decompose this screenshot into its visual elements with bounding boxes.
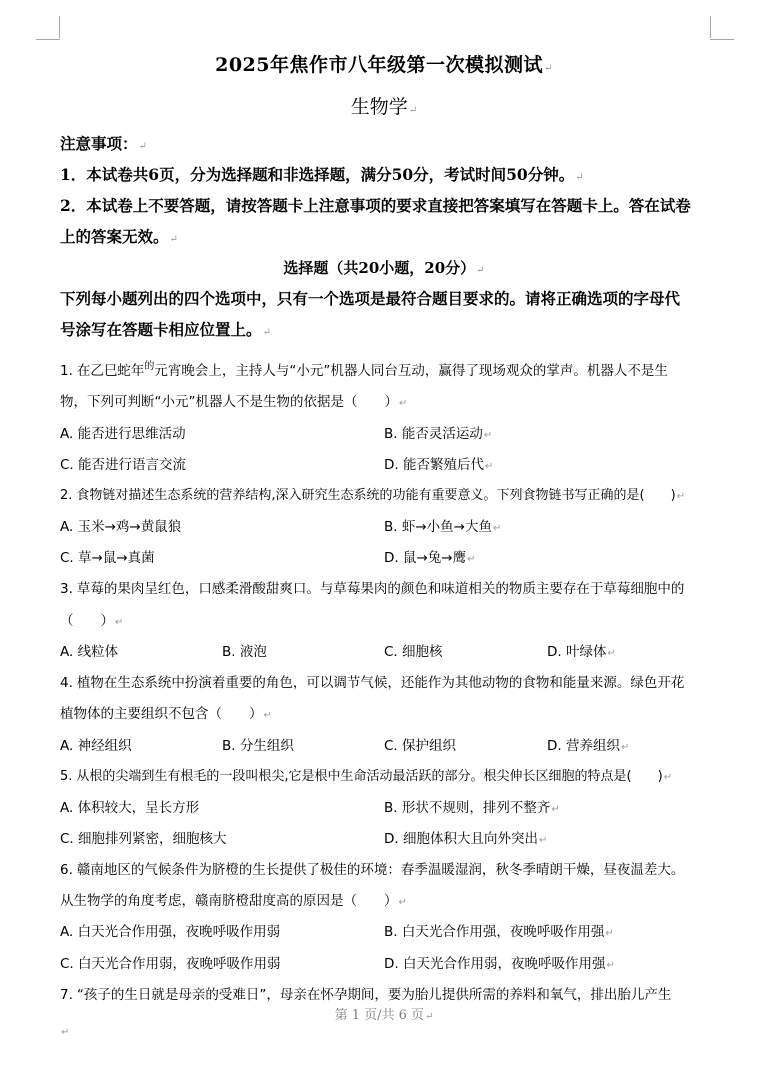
paragraph-mark: ↵	[621, 742, 629, 753]
question-text: 在乙巳蛇年	[77, 363, 145, 379]
paragraph-mark: ↵	[485, 461, 493, 472]
document-title: 2025年焦作市八年级第一次模拟测试↵	[0, 50, 768, 77]
notes-item-text: 2．本试卷上不要答题，请按答题卡上注意事项的要求直接把答案填写在答题卡上。答在试…	[60, 196, 691, 215]
option-text: D. 营养组织	[547, 738, 620, 754]
option-text: C. 能否进行语言交流	[60, 457, 186, 473]
question-3-option-d: D. 叶绿体↵	[547, 640, 616, 660]
question-text: 食物链对描述生态系统的营养结构,深入研究生态系统的功能有重要意义。下列食物链书写…	[76, 488, 675, 503]
question-number: 2.	[60, 488, 72, 503]
section-title-text: 选择题（共20小题，20分）	[283, 259, 475, 277]
question-5-stem: 5.从根的尖端到生有根毛的一段叫根尖,它是根中生命活动最活跃的部分。根尖伸长区细…	[60, 765, 672, 784]
question-2-option-b: B. 虾→小鱼→大鱼↵	[384, 515, 501, 535]
question-2-option-a: A. 玉米→鸡→黄鼠狼	[60, 515, 181, 535]
corner-mark-top-left-horizontal	[36, 39, 60, 40]
paragraph-mark: ↵	[425, 1011, 433, 1022]
question-6-option-a: A. 白天光合作用强，夜晚呼吸作用弱	[60, 920, 280, 940]
option-text: C. 白天光合作用弱，夜晚呼吸作用弱	[60, 956, 281, 972]
question-number: 3.	[60, 581, 73, 597]
paragraph-mark: ↵	[170, 234, 178, 245]
notes-item-2: 2．本试卷上不要答题，请按答题卡上注意事项的要求直接把答案填写在答题卡上。答在试…	[60, 194, 691, 216]
paragraph-mark: ↵	[539, 835, 547, 846]
section-instruction-text: 号涂写在答题卡相应位置上。	[60, 320, 262, 339]
question-5-option-b: B. 形状不规则，排列不整齐↵	[384, 796, 560, 816]
notes-item-2-cont: 上的答案无效。↵	[60, 225, 178, 247]
question-text: 赣南地区的气候条件为脐橙的生长提供了极佳的环境：春季温暖湿润，秋冬季晴朗干燥，昼…	[77, 862, 685, 878]
question-text: 植物在生态系统中扮演着重要的角色，可以调节气候，还能作为其他动物的食物和能量来源…	[77, 675, 685, 691]
section-instruction-text: 下列每小题列出的四个选项中，只有一个选项是最符合题目要求的。请将正确选项的字母代	[60, 289, 680, 308]
question-1-stem: 1.在乙巳蛇年的元宵晚会上，主持人与“小元”机器人同台互动，赢得了现场观众的掌声…	[60, 357, 668, 379]
section-instruction-line1: 下列每小题列出的四个选项中，只有一个选项是最符合题目要求的。请将正确选项的字母代	[60, 287, 680, 309]
paragraph-mark: ↵	[61, 1027, 69, 1038]
question-3-option-c: C. 细胞核	[384, 640, 443, 660]
question-text: 物，下列可判断“小元”机器人不是生物的依据是（ ）	[60, 394, 398, 410]
question-3-stem: 3.草莓的果肉呈红色，口感柔滑酸甜爽口。与草莓果肉的颜色和味道相关的物质主要存在…	[60, 577, 684, 597]
paragraph-mark: ↵	[263, 327, 271, 338]
option-text: C. 保护组织	[384, 738, 456, 754]
question-text: 植物体的主要组织不包含（ ）	[60, 706, 263, 722]
question-3-stem-line2: （ ）↵	[60, 609, 123, 629]
question-6-stem-line2: 从生物学的角度考虑，赣南脐橙甜度高的原因是（ ）↵	[60, 889, 407, 909]
question-2-option-d: D. 鼠→兔→鹰↵	[384, 546, 476, 566]
question-5-option-a: A. 体积较大，呈长方形	[60, 796, 199, 816]
paragraph-mark: ↵	[575, 172, 583, 183]
question-7-stem: 7.“孩子的生日就是母亲的受难日”，母亲在怀孕期间，要为胎儿提供所需的养料和氧气…	[60, 983, 671, 1003]
corner-mark-top-right-horizontal	[710, 39, 734, 40]
option-text: A. 体积较大，呈长方形	[60, 800, 199, 816]
question-3-option-b: B. 液泡	[222, 640, 267, 660]
option-text: D. 能否繁殖后代	[384, 457, 484, 473]
option-text: B. 白天光合作用强，夜晚呼吸作用强	[384, 924, 604, 940]
option-text: B. 分生组织	[222, 738, 294, 754]
page-number-label: 第 1 页/共 6 页	[335, 1008, 424, 1023]
question-2-stem: 2.食物链对描述生态系统的营养结构,深入研究生态系统的功能有重要意义。下列食物链…	[60, 484, 685, 503]
option-text: A. 白天光合作用强，夜晚呼吸作用弱	[60, 924, 280, 940]
option-text: C. 草→鼠→真菌	[60, 550, 155, 566]
trailing-paragraph-mark: ↵	[60, 1020, 69, 1039]
paragraph-mark: ↵	[664, 772, 672, 783]
option-text: B. 形状不规则，排列不整齐	[384, 800, 550, 816]
page-footer: 第 1 页/共 6 页↵	[0, 1004, 768, 1023]
notes-heading: 注意事项：↵	[60, 132, 147, 154]
question-1-option-d: D. 能否繁殖后代↵	[384, 453, 493, 473]
document-title-text: 2025年焦作市八年级第一次模拟测试	[215, 54, 543, 76]
option-text: D. 鼠→兔→鹰	[384, 550, 466, 566]
question-4-option-b: B. 分生组织	[222, 734, 294, 754]
question-5-option-d: D. 细胞体积大且向外突出↵	[384, 827, 547, 847]
question-number: 1.	[60, 363, 73, 379]
paragraph-mark: ↵	[493, 523, 501, 534]
paragraph-mark: ↵	[484, 430, 492, 441]
option-text: D. 白天光合作用弱，夜晚呼吸作用强	[384, 956, 605, 972]
option-text: A. 玉米→鸡→黄鼠狼	[60, 519, 181, 535]
section-instruction-line2: 号涂写在答题卡相应位置上。↵	[60, 318, 271, 340]
corner-mark-top-right-vertical	[710, 16, 711, 38]
paragraph-mark: ↵	[264, 710, 272, 721]
question-text: （ ）	[60, 613, 114, 629]
paragraph-mark: ↵	[409, 105, 417, 116]
question-1-stem-line2: 物，下列可判断“小元”机器人不是生物的依据是（ ）↵	[60, 390, 407, 410]
paragraph-mark: ↵	[544, 63, 553, 74]
question-4-option-c: C. 保护组织	[384, 734, 456, 754]
notes-item-1: 1．本试卷共6页，分为选择题和非选择题，满分50分，考试时间50分钟。↵	[60, 163, 584, 185]
paragraph-mark: ↵	[551, 804, 559, 815]
question-1-option-b: B. 能否灵活运动↵	[384, 422, 492, 442]
question-text: 从生物学的角度考虑，赣南脐橙甜度高的原因是（ ）	[60, 893, 398, 909]
question-4-stem-line2: 植物体的主要组织不包含（ ）↵	[60, 702, 272, 722]
paragraph-mark: ↵	[139, 141, 147, 152]
question-4-option-a: A. 神经组织	[60, 734, 132, 754]
question-1-option-a: A. 能否进行思维活动	[60, 422, 186, 442]
option-text: A. 线粒体	[60, 644, 118, 660]
notes-item-text: 上的答案无效。	[60, 227, 169, 246]
paragraph-mark: ↵	[399, 897, 407, 908]
question-6-option-b: B. 白天光合作用强，夜晚呼吸作用强↵	[384, 920, 614, 940]
question-2-option-c: C. 草→鼠→真菌	[60, 546, 155, 566]
question-3-option-a: A. 线粒体	[60, 640, 118, 660]
question-text: 元宵晚会上，主持人与“小元”机器人同台互动，赢得了现场观众的掌声。机器人不是生	[154, 363, 668, 379]
paragraph-mark: ↵	[476, 265, 484, 276]
question-1-option-c: C. 能否进行语言交流	[60, 453, 186, 473]
notes-heading-text: 注意事项：	[60, 134, 138, 153]
paragraph-mark: ↵	[605, 928, 613, 939]
paragraph-mark: ↵	[467, 554, 475, 565]
question-6-option-c: C. 白天光合作用弱，夜晚呼吸作用弱	[60, 952, 281, 972]
question-number: 5.	[60, 769, 72, 784]
paragraph-mark: ↵	[115, 617, 123, 628]
option-text: D. 细胞体积大且向外突出	[384, 831, 538, 847]
question-6-option-d: D. 白天光合作用弱，夜晚呼吸作用强↵	[384, 952, 615, 972]
option-text: A. 能否进行思维活动	[60, 426, 186, 442]
question-text: 草莓的果肉呈红色，口感柔滑酸甜爽口。与草莓果肉的颜色和味道相关的物质主要存在于草…	[77, 581, 685, 597]
paragraph-mark: ↵	[606, 960, 614, 971]
question-6-stem: 6.赣南地区的气候条件为脐橙的生长提供了极佳的环境：春季温暖湿润，秋冬季晴朗干燥…	[60, 858, 684, 878]
option-text: B. 液泡	[222, 644, 267, 660]
question-number: 6.	[60, 862, 73, 878]
option-text: C. 细胞核	[384, 644, 443, 660]
paragraph-mark: ↵	[399, 398, 407, 409]
option-text: A. 神经组织	[60, 738, 132, 754]
question-5-option-c: C. 细胞排列紧密，细胞核大	[60, 827, 227, 847]
question-number: 7.	[60, 987, 73, 1003]
option-text: B. 虾→小鱼→大鱼	[384, 519, 492, 535]
notes-item-text: 1．本试卷共6页，分为选择题和非选择题，满分50分，考试时间50分钟。	[60, 165, 574, 184]
corner-mark-top-left-vertical	[59, 16, 60, 38]
paragraph-mark: ↵	[677, 491, 685, 502]
question-number: 4.	[60, 675, 73, 691]
document-subject-text: 生物学	[351, 96, 408, 118]
option-text: B. 能否灵活运动	[384, 426, 483, 442]
question-text: 从根的尖端到生有根毛的一段叫根尖,它是根中生命活动最活跃的部分。根尖伸长区细胞的…	[76, 769, 662, 784]
option-text: D. 叶绿体	[547, 644, 606, 660]
question-4-stem: 4.植物在生态系统中扮演着重要的角色，可以调节气候，还能作为其他动物的食物和能量…	[60, 671, 684, 691]
option-text: C. 细胞排列紧密，细胞核大	[60, 831, 227, 847]
question-superscript: 的	[144, 361, 154, 372]
section-title: 选择题（共20小题，20分）↵	[0, 257, 768, 278]
question-4-option-d: D. 营养组织↵	[547, 734, 629, 754]
paragraph-mark: ↵	[607, 648, 615, 659]
question-text: “孩子的生日就是母亲的受难日”，母亲在怀孕期间，要为胎儿提供所需的养料和氧气，排…	[77, 987, 672, 1003]
document-subject: 生物学↵	[0, 92, 768, 119]
